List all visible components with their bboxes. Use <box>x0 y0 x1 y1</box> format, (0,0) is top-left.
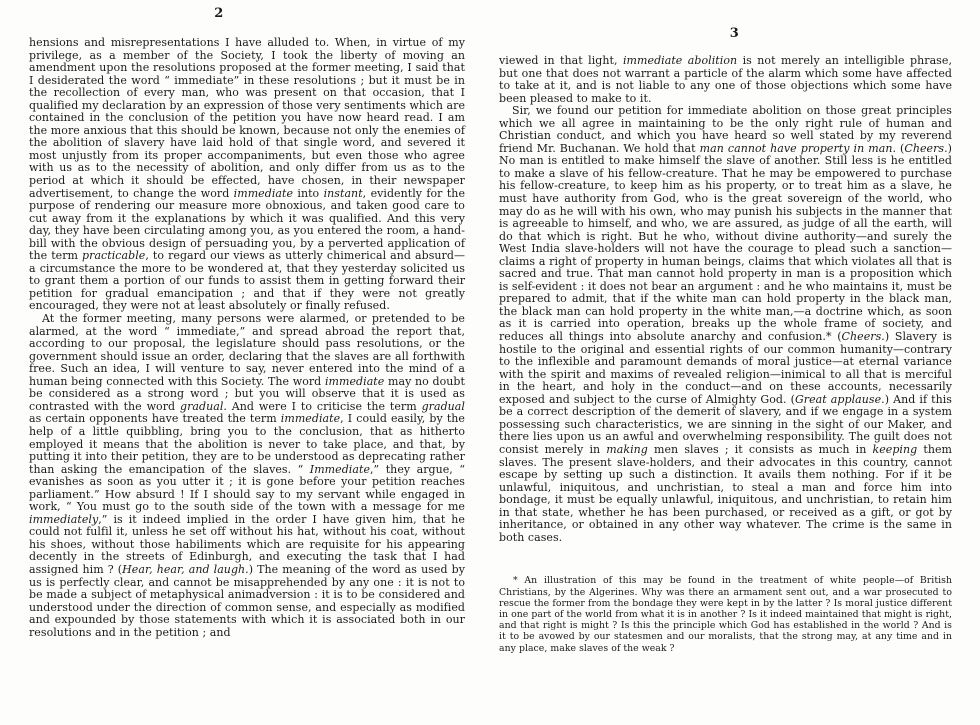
page-number-right: 3 <box>508 26 961 41</box>
book-spread: 2 hensions and misrepresentations I have… <box>0 0 980 725</box>
paragraph: At the former meeting, many persons were… <box>29 313 465 639</box>
page-3-text: viewed in that light, immediate abolitio… <box>499 55 952 654</box>
paragraph-continuation: viewed in that light, immediate abolitio… <box>499 55 952 105</box>
footnote: * An illustration of this may be found i… <box>499 575 952 653</box>
page-3: 3 viewed in that light, immediate abolit… <box>499 0 952 654</box>
paragraph: Sir, we found our petition for immediate… <box>499 105 952 544</box>
page-2-text: hensions and misrepresentations I have a… <box>29 37 465 639</box>
paragraph-continuation: hensions and misrepresentations I have a… <box>29 37 465 313</box>
page-number-left: 2 <box>1 6 437 21</box>
page-2: 2 hensions and misrepresentations I have… <box>29 0 465 639</box>
